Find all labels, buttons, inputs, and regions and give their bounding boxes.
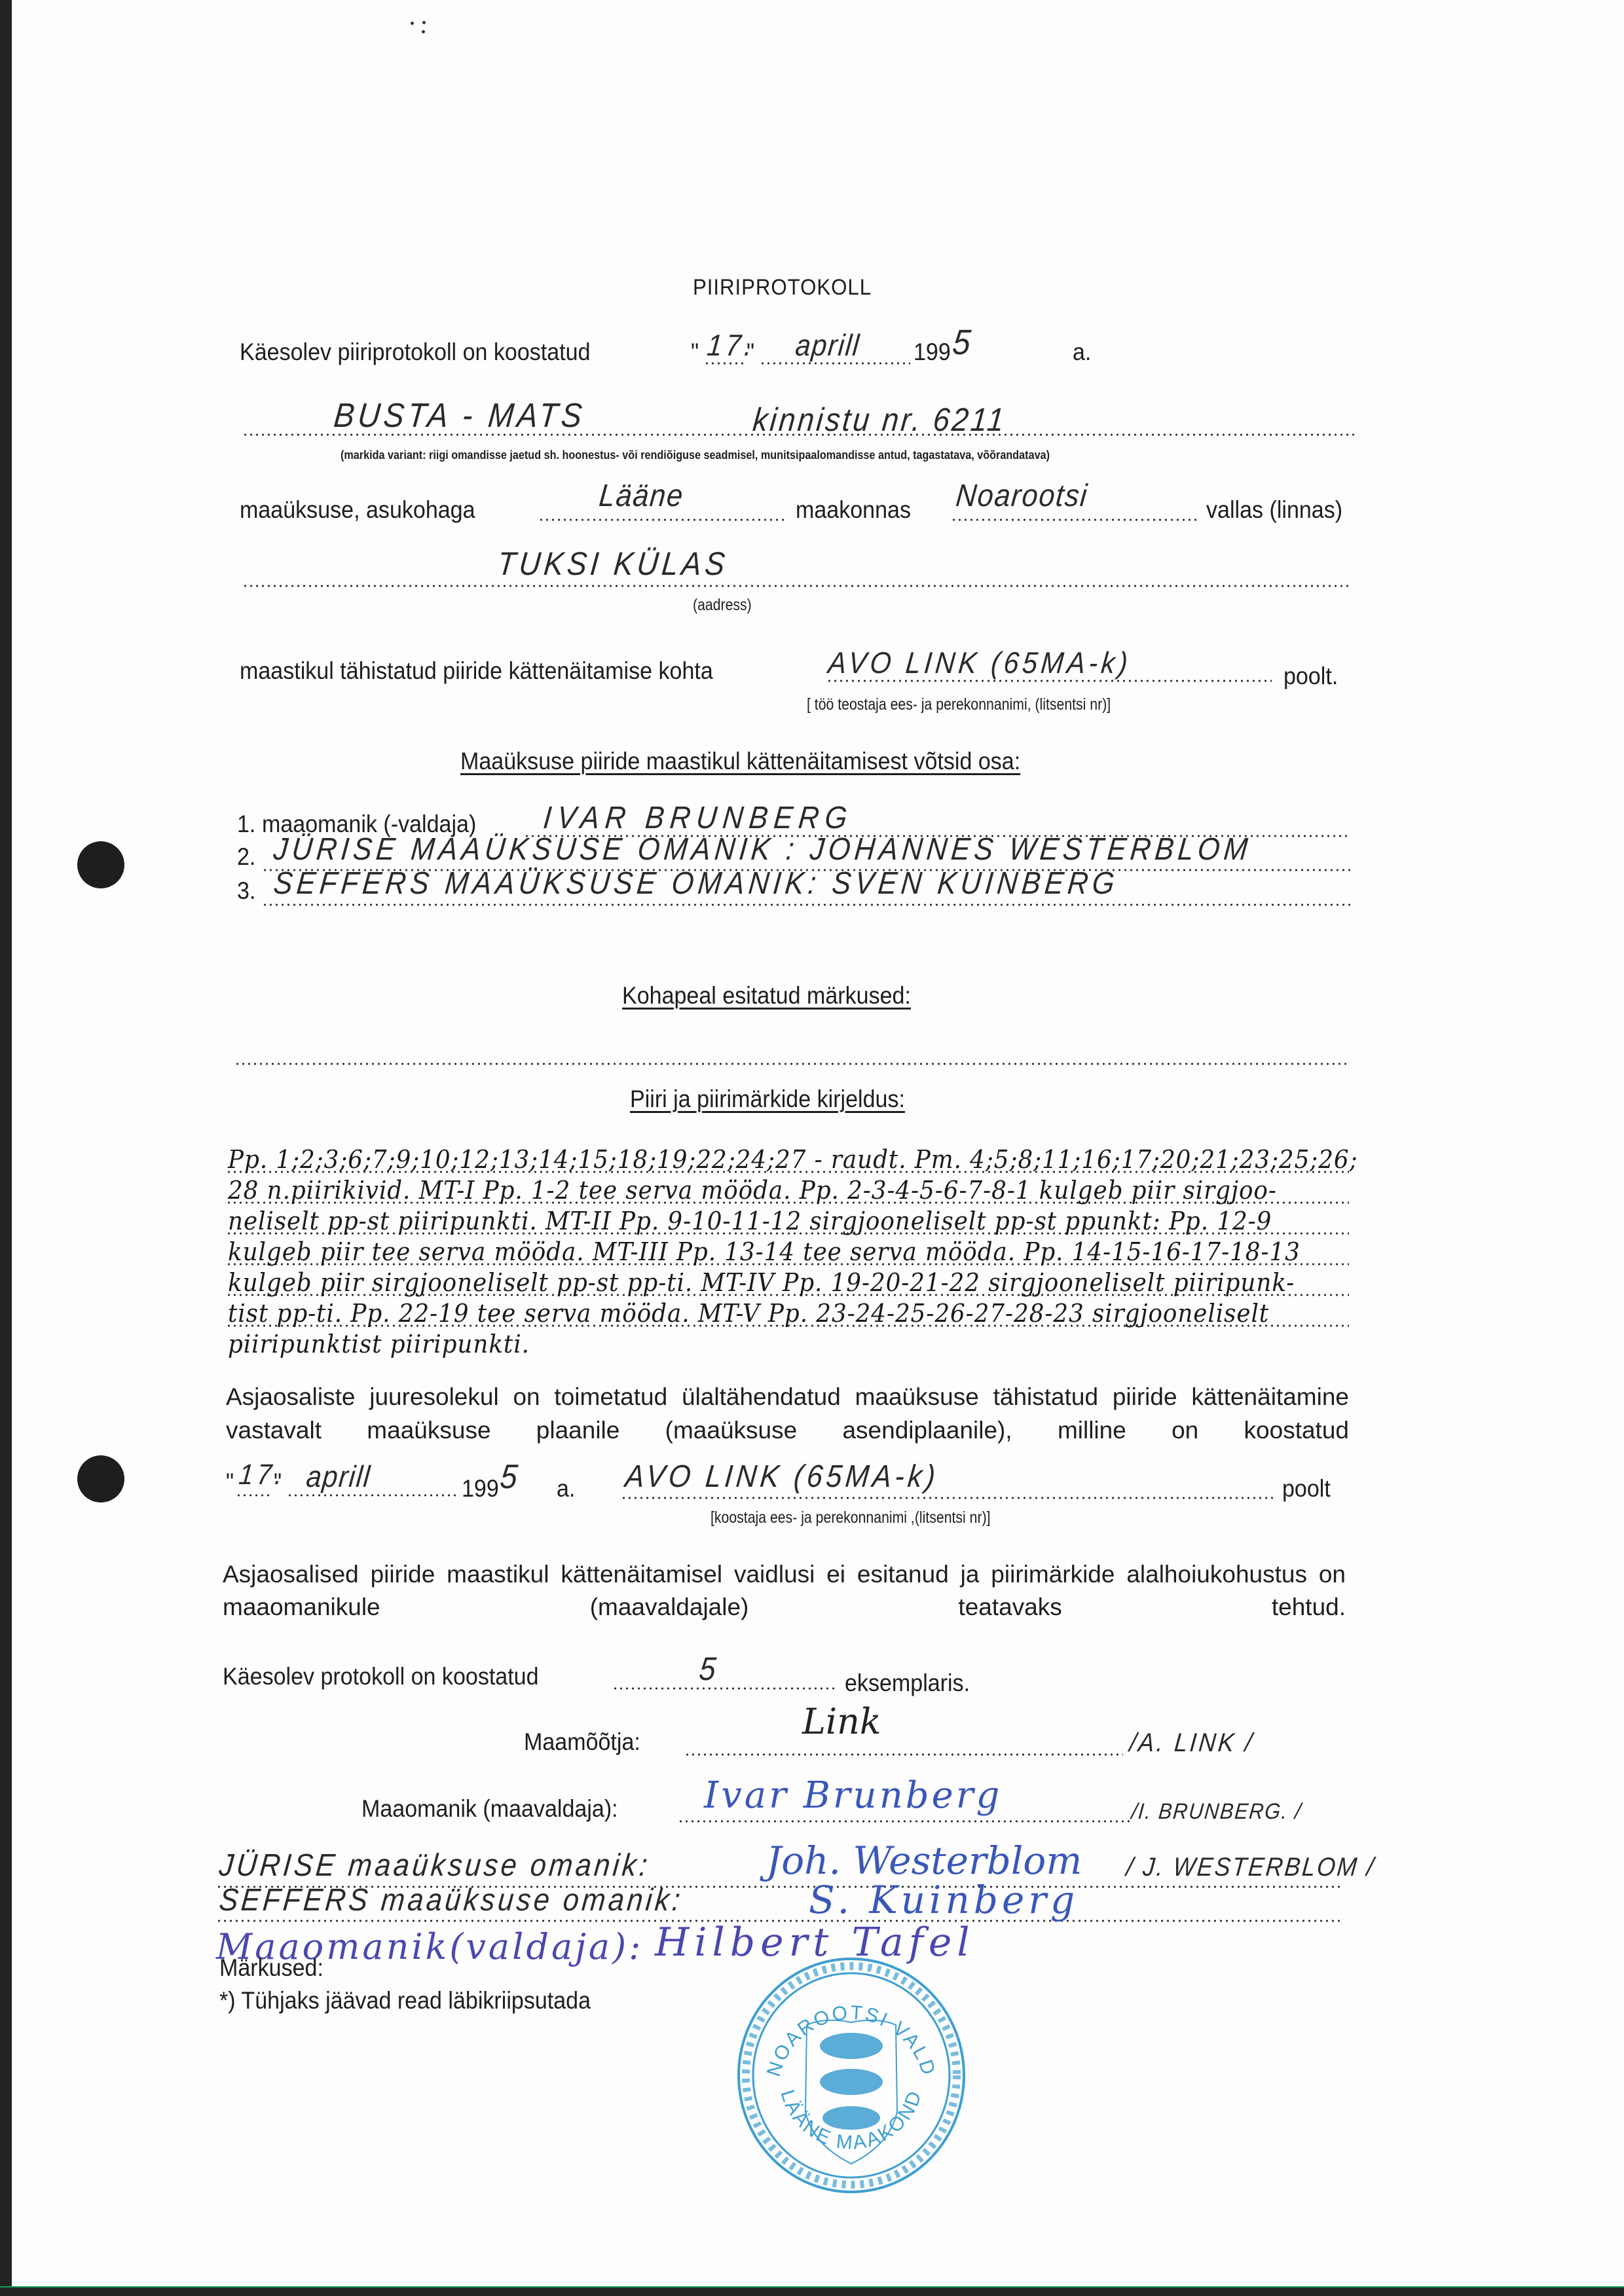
lions-icon	[820, 2033, 883, 2130]
statement-quote-open: "	[226, 1468, 234, 1496]
speck	[411, 22, 414, 25]
description-line: 28 n.piirikivid. MT-I Pp. 1-2 tee serva …	[228, 1175, 1277, 1206]
signature-2-label: Maaomanik (maavaldaja):	[361, 1795, 618, 1823]
intro-year-suffix[interactable]: 5	[951, 322, 976, 363]
property-hint: (markida variant: riigi omandisse jaetud…	[341, 448, 1050, 462]
remarks-heading: Kohapeal esitatud märkused:	[622, 982, 911, 1010]
participant-1-num: 1.	[237, 811, 255, 838]
surveyor-label: maastikul tähistatud piiride kättenäitam…	[240, 657, 713, 685]
speck	[422, 30, 425, 33]
address-field-line	[242, 585, 1349, 587]
description-line: tist pp-ti. Pp. 22-19 tee serva mööda. M…	[228, 1298, 1269, 1329]
statement-year-suffix[interactable]: 5	[498, 1457, 523, 1497]
copies-field-line	[612, 1687, 838, 1690]
signature-3-mark[interactable]: Joh. Westerblom	[766, 1838, 1082, 1883]
participant-1-value[interactable]: IVAR BRUNBERG	[542, 800, 854, 836]
county-value[interactable]: Lääne	[597, 478, 685, 514]
signature-3-name: / J. WESTERBLOM /	[1125, 1853, 1376, 1882]
property-registry[interactable]: kinnistu nr. 6211	[751, 401, 1008, 439]
remarks-field-line	[234, 1063, 1348, 1065]
description-line: kulgeb piir sirgjooneliselt pp-st pp-ti.…	[228, 1267, 1295, 1298]
intro-month[interactable]: aprill	[794, 327, 861, 363]
signature-2-name: /I. BRUNBERG. /	[1130, 1799, 1303, 1825]
statement-hint: [koostaja ees- ja perekonnanimi ,(litsen…	[710, 1508, 991, 1527]
county-label: maakonnas	[796, 496, 911, 524]
copies-suffix: eksemplaris.	[845, 1669, 970, 1697]
footer-note: *) Tühjaks jäävad read läbikriipsutada	[219, 1987, 591, 2014]
participant-3-num: 3.	[237, 877, 255, 905]
quote-close: "	[747, 338, 754, 366]
statement-a: a.	[557, 1475, 575, 1503]
statement-year-prefix: 199	[462, 1475, 499, 1503]
signature-2-line	[678, 1820, 1130, 1823]
intro-year-prefix: 199	[913, 338, 951, 366]
address-value[interactable]: TUKSI KÜLAS	[496, 545, 729, 583]
statement-quote-close: "	[274, 1468, 282, 1496]
speck	[422, 21, 426, 24]
intro-label: Käesolev piiriprotokoll on koostatud	[240, 338, 591, 366]
statement-suffix: poolt	[1282, 1475, 1331, 1503]
official-stamp: NOAROOTSI VALD LÄÄNE MAAKOND	[733, 1954, 969, 2196]
disputes-text: Asjaosalised piiride maastikul kättenäit…	[223, 1558, 1346, 1624]
signature-4-mark[interactable]: S. Kuinberg	[809, 1878, 1079, 1922]
statement-author[interactable]: AVO LINK (65MA-k)	[623, 1459, 940, 1495]
punch-hole-bottom	[77, 1455, 124, 1503]
signature-1-mark[interactable]: Link	[802, 1701, 881, 1742]
scan-border-bottom	[0, 2286, 1624, 2296]
description-line: neliselt pp-st piiripunkti. MT-II Pp. 9-…	[228, 1206, 1272, 1237]
participant-3-line	[262, 903, 1350, 906]
intro-a: a.	[1073, 338, 1091, 366]
copies-label: Käesolev protokoll on koostatud	[223, 1663, 539, 1690]
participants-heading: Maaüksuse piiride maastikul kättenäitami…	[460, 748, 1020, 775]
signature-4-label: SEFFERS maaüksuse omanik:	[217, 1882, 684, 1918]
signature-2-mark[interactable]: Ivar Brunberg	[704, 1774, 1002, 1817]
scan-border-left	[0, 0, 12, 2296]
statement-author-line	[621, 1497, 1276, 1499]
address-hint: (aadress)	[693, 596, 752, 615]
signature-1-line	[684, 1753, 1123, 1756]
description-line: kulgeb piir tee serva mööda. MT-III Pp. …	[228, 1237, 1301, 1267]
participant-3-value[interactable]: SEFFERS MAAÜKSUSE OMANIK: SVEN KUINBERG	[272, 866, 1120, 902]
description-heading: Piiri ja piirimärkide kirjeldus:	[630, 1085, 905, 1113]
surveyor-suffix: poolt.	[1283, 663, 1338, 690]
description-line: Pp. 1;2;3;6;7;9;10;12;13;14;15;18;19;22;…	[228, 1144, 1358, 1175]
statement-text: Asjaosaliste juuresolekul on toimetatud …	[226, 1380, 1349, 1447]
signature-1-label: Maamõõtja:	[524, 1728, 640, 1756]
footer-remarks-label: Märkused:	[219, 1954, 323, 1982]
surveyor-hint: [ töö teostaja ees- ja perekonnanimi, (l…	[807, 695, 1111, 714]
county-field-line	[538, 519, 787, 521]
signature-3-label: JÜRISE maaüksuse omanik:	[217, 1848, 652, 1884]
parish-value[interactable]: Noarootsi	[954, 478, 1089, 514]
document-title: PIIRIPROTOKOLL	[693, 275, 872, 301]
punch-hole-top	[77, 841, 124, 888]
surveyor-value[interactable]: AVO LINK (65MA-k)	[826, 645, 1132, 680]
location-label: maaüksuse, asukohaga	[240, 496, 475, 524]
signature-1-name: /A. LINK /	[1128, 1728, 1255, 1758]
quote-open: "	[691, 338, 699, 366]
parish-field-line	[951, 519, 1200, 521]
parish-label: vallas (linnas)	[1206, 496, 1342, 524]
statement-month[interactable]: aprill	[304, 1459, 372, 1494]
statement-month-line	[287, 1494, 456, 1497]
property-name[interactable]: BUSTA - MATS	[332, 396, 587, 435]
description-line: piiripunktist piiripunkti.	[228, 1329, 530, 1360]
participant-2-value[interactable]: JÜRISE MAAÜKSUSE OMANIK : JOHANNES WESTE…	[272, 831, 1253, 867]
statement-day-line	[236, 1494, 270, 1497]
participant-2-num: 2.	[237, 843, 255, 871]
copies-value[interactable]: 5	[697, 1650, 721, 1688]
